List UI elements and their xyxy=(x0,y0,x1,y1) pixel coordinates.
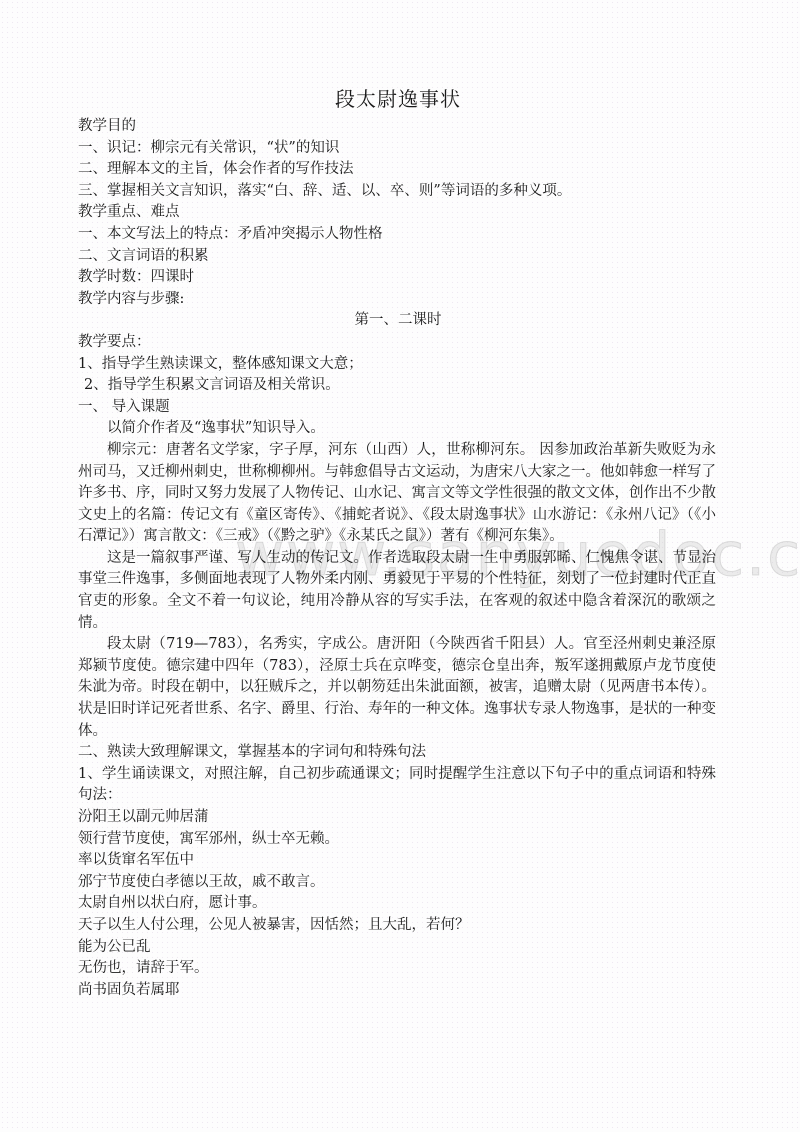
teaching-goal-item: 一、识记：柳宗元有关常识，“状”的知识 xyxy=(78,138,718,160)
intro-text: 以简介作者及“逸事状”知识导入。 xyxy=(78,418,718,440)
document-title: 段太尉逸事状 xyxy=(78,84,718,114)
document-page: 段太尉逸事状 教学目的 一、识记：柳宗元有关常识，“状”的知识 二、理解本文的主… xyxy=(78,84,718,1001)
key-sentence: 邠宁节度使白孝德以王故，戚不敢言。 xyxy=(78,872,718,894)
key-points-section: 教学重点、难点 一、本文写法上的特点：矛盾冲突揭示人物性格 二、文言词语的积累 xyxy=(78,202,718,267)
session-points-heading: 教学要点： xyxy=(78,332,718,354)
session-heading: 第一、二课时 xyxy=(78,310,718,332)
key-sentence: 能为公已乱 xyxy=(78,937,718,959)
text-paragraph: 这是一篇叙事严谨、写人生动的传记文。作者选取段太尉一生中勇服郭晞、仁愧焦令谌、节… xyxy=(78,548,716,634)
key-sentence: 率以货窜名军伍中 xyxy=(78,850,718,872)
reading-instruction: 1、学生诵读课文，对照注解，自己初步疏通课文；同时提醒学生注意以下句子中的重点词… xyxy=(78,764,716,807)
class-hours: 教学时数：四课时 xyxy=(78,267,718,289)
teaching-goal-item: 三、掌握相关文言知识，落实“白、辞、适、以、卒、则”等词语的多种义项。 xyxy=(78,181,718,203)
section-heading: 二、熟读大致理解课文，掌握基本的字词句和特殊句法 xyxy=(78,742,718,764)
key-sentence: 汾阳王以副元帅居蒲 xyxy=(78,807,718,829)
section-heading: 一、 导入课题 xyxy=(78,397,718,419)
key-point-item: 一、本文写法上的特点：矛盾冲突揭示人物性格 xyxy=(78,224,718,246)
key-points-heading: 教学重点、难点 xyxy=(78,202,718,224)
content-steps-heading: 教学内容与步骤: xyxy=(78,289,718,311)
section-reading: 二、熟读大致理解课文，掌握基本的字词句和特殊句法 1、学生诵读课文，对照注解，自… xyxy=(78,742,718,1001)
key-sentence: 天子以生人付公理，公见人被暴害，因恬然；且大乱，若何？ xyxy=(78,915,718,937)
session-point-item: 2、指导学生积累文言词语及相关常识。 xyxy=(78,375,718,397)
duan-paragraph: 段太尉（719—783），名秀实，字成公。唐汧阳（今陕西省千阳县）人。官至泾州刺… xyxy=(78,634,716,742)
section-introduction: 一、 导入课题 以简介作者及“逸事状”知识导入。 柳宗元：唐著名文学家，字子厚，… xyxy=(78,397,718,743)
teaching-goal-item: 二、理解本文的主旨，体会作者的写作技法 xyxy=(78,159,718,181)
key-sentence: 领行营节度使，寓军邠州，纵士卒无赖。 xyxy=(78,829,718,851)
key-sentence: 无伤也，请辞于军。 xyxy=(78,958,718,980)
session-point-item: 1、指导学生熟读课文，整体感知课文大意； xyxy=(78,354,718,376)
key-point-item: 二、文言词语的积累 xyxy=(78,246,718,268)
teaching-goals-heading: 教学目的 xyxy=(78,116,718,138)
key-sentence: 太尉自州以状白府，愿计事。 xyxy=(78,893,718,915)
author-paragraph: 柳宗元：唐著名文学家，字子厚，河东（山西）人，世称柳河东。 因参加政治革新失败贬… xyxy=(78,440,716,548)
session-points-section: 教学要点： 1、指导学生熟读课文，整体感知课文大意； 2、指导学生积累文言词语及… xyxy=(78,332,718,397)
key-sentence: 尚书固负若属耶 xyxy=(78,980,718,1002)
teaching-goals-section: 教学目的 一、识记：柳宗元有关常识，“状”的知识 二、理解本文的主旨，体会作者的… xyxy=(78,116,718,202)
